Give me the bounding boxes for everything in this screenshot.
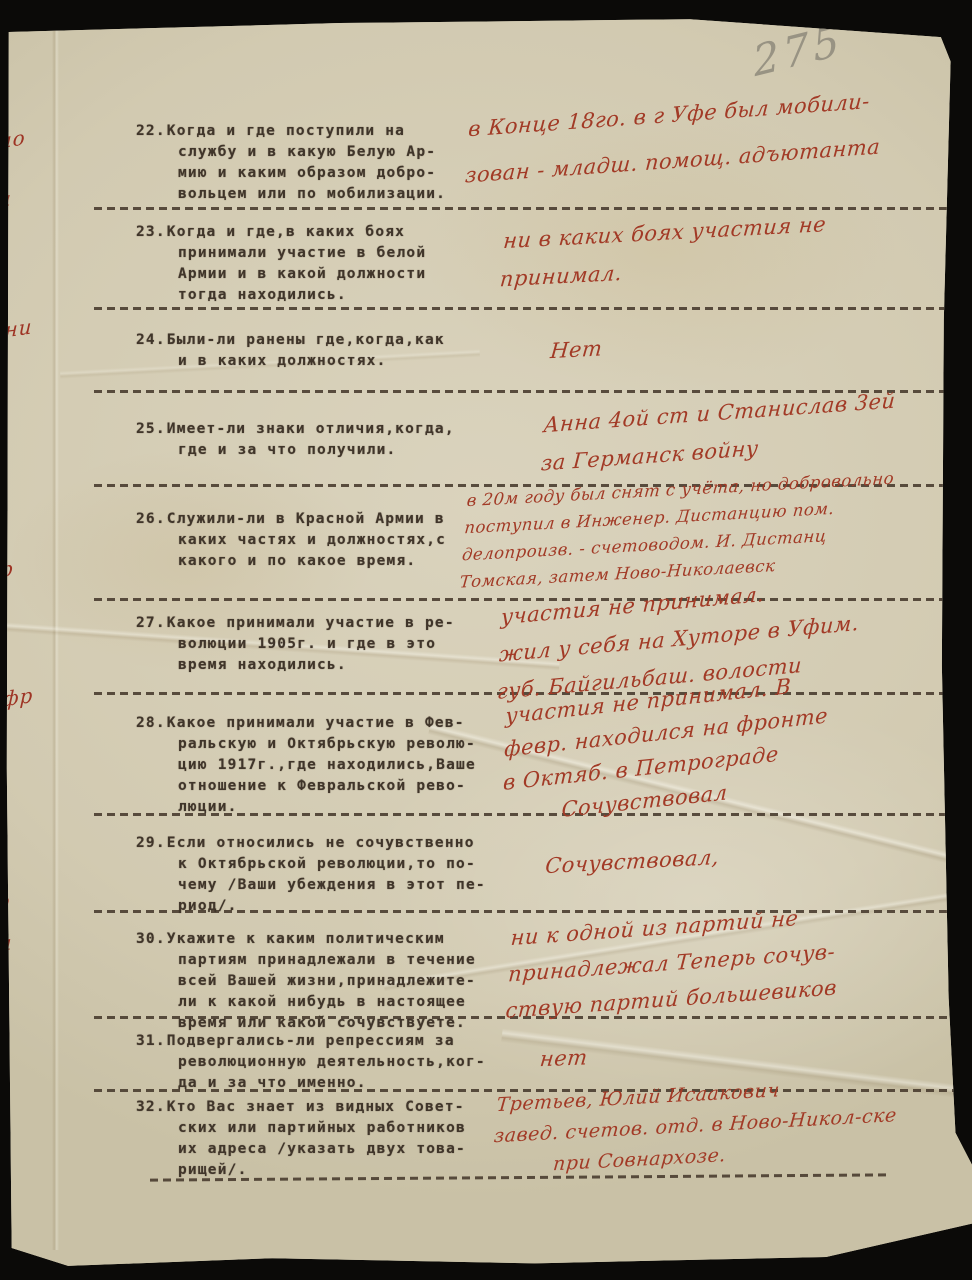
question-line: 30.Укажите к каким политическим bbox=[136, 929, 526, 950]
question-line: ральскую и Октябрьскую револю- bbox=[178, 734, 526, 755]
question-line: 28.Какое принимали участие в Фев- bbox=[136, 713, 526, 734]
question-24: 24.Были-ли ранены где,когда,каки в каких… bbox=[136, 330, 526, 372]
question-line: и в каких должностях. bbox=[178, 351, 526, 372]
question-number: 31. bbox=[136, 1033, 166, 1049]
question-number: 22. bbox=[136, 123, 166, 139]
answer-32: Третьев, Юлий Исааковичзавед. счетов. от… bbox=[490, 1065, 968, 1183]
page-number: 275 bbox=[751, 15, 846, 87]
margin-ink-fragment: ал bbox=[0, 714, 9, 742]
margin-ink-fragment: ло bbox=[0, 888, 11, 916]
question-number: 25. bbox=[136, 421, 166, 437]
answer-line: Нет bbox=[549, 307, 972, 370]
margin-ink-fragment: зени bbox=[0, 314, 33, 346]
margin-ink-fragment: ал bbox=[0, 930, 13, 958]
margin-ink-fragment: об bbox=[0, 860, 9, 888]
paper-sheet: 275 глоинзениирофралароблоалд. 22.Когда … bbox=[0, 0, 972, 1280]
question-line: 25.Имеет-ли знаки отличия,когда, bbox=[136, 419, 526, 440]
question-number: 30. bbox=[136, 931, 166, 947]
question-line: тогда находились. bbox=[178, 285, 526, 306]
question-line: всей Вашей жизни,принадлежите- bbox=[178, 971, 526, 992]
margin-ink-fragment: офр bbox=[0, 683, 34, 713]
margin-ink-fragment: р bbox=[0, 837, 4, 863]
question-28: 28.Какое принимали участие в Фев-ральску… bbox=[136, 713, 526, 818]
margin-ink-fragment: гло bbox=[0, 125, 26, 155]
question-line: риод/. bbox=[178, 896, 526, 917]
question-number: 29. bbox=[136, 835, 166, 851]
question-line: 27.Какое принимали участие в ре- bbox=[136, 613, 526, 634]
margin-ink-fragment: д. bbox=[0, 1000, 9, 1027]
question-line: 23.Когда и где,в каких боях bbox=[136, 222, 526, 243]
answer-23: ни в каких боях участия непринимал. bbox=[498, 197, 972, 298]
question-line: цию 1917г.,где находились,Ваше bbox=[178, 755, 526, 776]
question-25: 25.Имеет-ли знаки отличия,когда,где и за… bbox=[136, 419, 526, 461]
question-line: да и за что именно. bbox=[178, 1073, 526, 1094]
fold-crease bbox=[52, 30, 59, 1250]
question-line: 31.Подвергались-ли репрессиям за bbox=[136, 1031, 526, 1052]
question-line: Армии и в какой должности bbox=[178, 264, 526, 285]
question-number: 23. bbox=[136, 224, 166, 240]
answer-29: Сочувствовал, bbox=[544, 822, 972, 885]
answer-24: Нет bbox=[549, 307, 972, 370]
question-line: 24.Были-ли ранены где,когда,как bbox=[136, 330, 526, 351]
question-30: 30.Укажите к каким политическимпартиям п… bbox=[136, 929, 526, 1034]
margin-ink-fragment: а bbox=[0, 751, 1, 777]
question-32: 32.Кто Вас знает из видных Совет-ских ил… bbox=[136, 1097, 526, 1181]
question-line: принимали участие в белой bbox=[178, 243, 526, 264]
answer-30: ни к одной из партий непринадлежал Тепер… bbox=[504, 887, 972, 1029]
question-31: 31.Подвергались-ли репрессиям зареволюци… bbox=[136, 1031, 526, 1094]
margin-ink-fragment: ин bbox=[0, 186, 12, 214]
question-line: рищей/. bbox=[178, 1160, 526, 1181]
question-line: время находились. bbox=[178, 655, 526, 676]
question-line: революционную деятельность,ког- bbox=[178, 1052, 526, 1073]
question-number: 26. bbox=[136, 511, 166, 527]
question-line: люции. bbox=[178, 797, 526, 818]
question-line: ли к какой нибудь в настоящее bbox=[178, 992, 526, 1013]
question-line: отношение к Февральской рево- bbox=[178, 776, 526, 797]
question-line: партиям принадлежали в течение bbox=[178, 950, 526, 971]
question-line: к Октябрьской революции,то по- bbox=[178, 854, 526, 875]
question-29: 29.Если относились не сочувственнок Октя… bbox=[136, 833, 526, 917]
question-line: ских или партийных работников bbox=[178, 1118, 526, 1139]
question-line: чему /Ваши убеждения в этот пе- bbox=[178, 875, 526, 896]
question-23: 23.Когда и где,в каких бояхпринимали уча… bbox=[136, 222, 526, 306]
margin-ink-fragment: ир bbox=[0, 556, 14, 584]
question-line: 32.Кто Вас знает из видных Совет- bbox=[136, 1097, 526, 1118]
answer-22: в Конце 18го. в г Уфе был мобили-зован -… bbox=[464, 73, 939, 198]
answer-line: Сочувствовал, bbox=[544, 822, 972, 885]
question-number: 28. bbox=[136, 715, 166, 731]
question-number: 24. bbox=[136, 332, 166, 348]
question-line: их адреса /указать двух това- bbox=[178, 1139, 526, 1160]
question-line: 29.Если относились не сочувственно bbox=[136, 833, 526, 854]
question-27: 27.Какое принимали участие в ре-волюции … bbox=[136, 613, 526, 676]
question-line: где и за что получили. bbox=[178, 440, 526, 461]
question-number: 27. bbox=[136, 615, 166, 631]
question-line: волюции 1905г. и где в это bbox=[178, 634, 526, 655]
dashed-separator bbox=[94, 307, 958, 310]
question-number: 32. bbox=[136, 1099, 166, 1115]
